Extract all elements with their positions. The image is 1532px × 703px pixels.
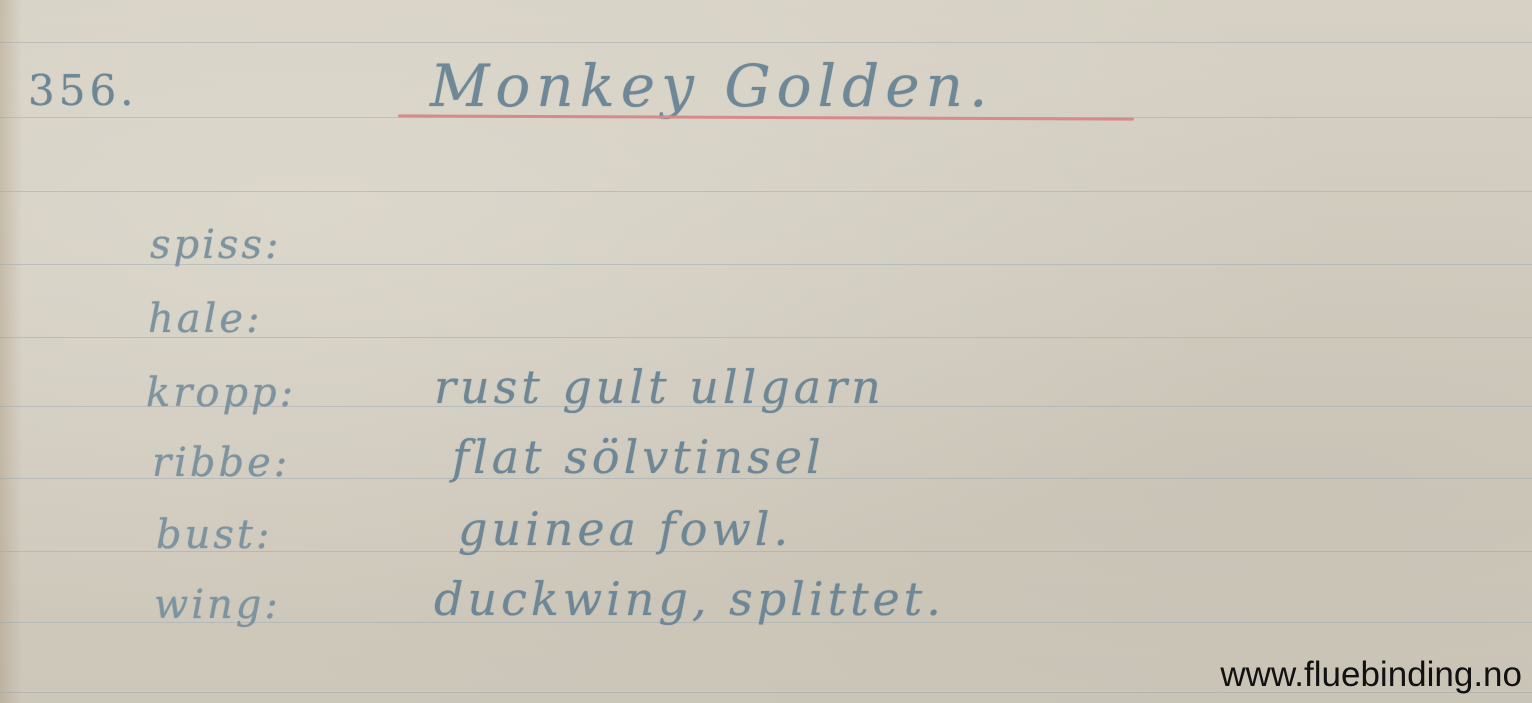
page-edge-stain <box>0 0 22 703</box>
watermark-url: www.fluebinding.no <box>1220 655 1522 695</box>
recipe-label-hackle: bust: <box>156 512 272 558</box>
recipe-label-wing: wing: <box>154 582 281 628</box>
ruled-line <box>0 42 1532 43</box>
notebook-page: 356. Monkey Golden. spiss: hale: kropp: … <box>0 0 1532 703</box>
recipe-label-tail: hale: <box>148 296 263 342</box>
recipe-value-hackle: guinea fowl. <box>458 502 792 556</box>
entry-number: 356. <box>28 66 138 115</box>
recipe-value-rib: flat sölvtinsel <box>452 430 825 484</box>
recipe-value-body: rust gult ullgarn <box>434 360 885 414</box>
pattern-title: Monkey Golden. <box>430 52 993 120</box>
recipe-label-rib: ribbe: <box>152 440 290 486</box>
recipe-label-tip: spiss: <box>150 222 281 268</box>
recipe-value-wing: duckwing, splittet. <box>434 572 945 626</box>
recipe-label-body: kropp: <box>146 370 296 416</box>
ruled-line <box>0 191 1532 192</box>
